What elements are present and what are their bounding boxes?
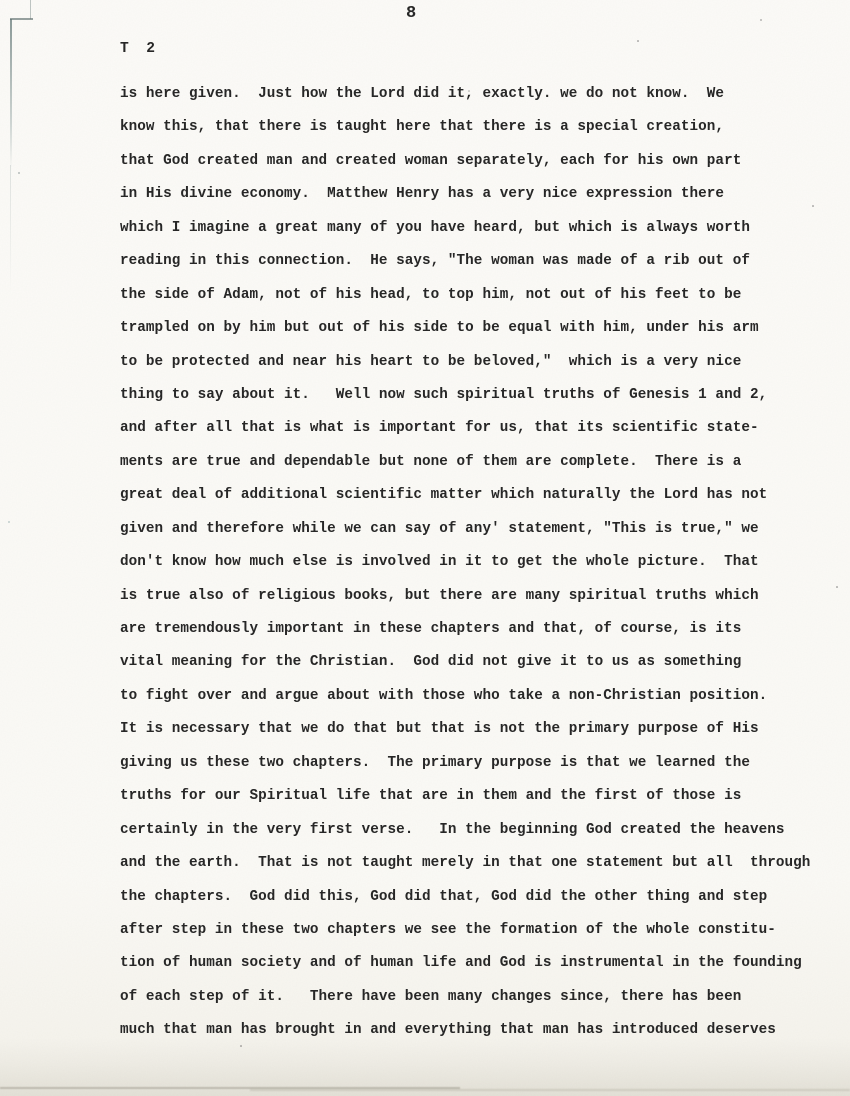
typed-line: vital meaning for the Christian. God did… — [120, 646, 836, 679]
scan-edge-line-top — [30, 0, 31, 19]
typed-line: is here given. Just how the Lord did it,… — [120, 78, 836, 111]
typed-line: that God created man and created woman s… — [120, 145, 836, 178]
scan-edge-line-faint — [10, 165, 11, 295]
typed-line: certainly in the very first verse. In th… — [120, 814, 836, 847]
typed-line: and the earth. That is not taught merely… — [120, 847, 836, 880]
typed-line: the chapters. God did this, God did that… — [120, 881, 836, 914]
ink-speck — [836, 586, 838, 588]
typed-line: given and therefore while we can say of … — [120, 513, 836, 546]
typed-line: don't know how much else is involved in … — [120, 546, 836, 579]
typed-line: to be protected and near his heart to be… — [120, 346, 836, 379]
typed-line: the side of Adam, not of his head, to to… — [120, 279, 836, 312]
typed-line: trampled on by him but out of his side t… — [120, 312, 836, 345]
typed-line: are tremendously important in these chap… — [120, 613, 836, 646]
page-number: 8 — [406, 4, 416, 23]
scan-edge-line — [10, 19, 12, 169]
ink-speck — [8, 521, 10, 523]
ink-speck — [637, 40, 639, 42]
typed-line: ments are true and dependable but none o… — [120, 446, 836, 479]
ink-speck — [812, 205, 814, 207]
typed-line: thing to say about it. Well now such spi… — [120, 379, 836, 412]
typed-body: is here given. Just how the Lord did it,… — [120, 78, 836, 1048]
ink-speck — [468, 90, 470, 92]
ink-speck — [240, 1045, 242, 1047]
typed-line: giving us these two chapters. The primar… — [120, 747, 836, 780]
typed-line: know this, that there is taught here tha… — [120, 111, 836, 144]
scan-bottom-streak-2 — [250, 1089, 850, 1091]
typed-line: after step in these two chapters we see … — [120, 914, 836, 947]
typed-line: truths for our Spiritual life that are i… — [120, 780, 836, 813]
typed-line: and after all that is what is important … — [120, 412, 836, 445]
typed-line: which I imagine a great many of you have… — [120, 212, 836, 245]
typed-line: is true also of religious books, but the… — [120, 580, 836, 613]
typed-line: of each step of it. There have been many… — [120, 981, 836, 1014]
typed-line: to fight over and argue about with those… — [120, 680, 836, 713]
typed-line: It is necessary that we do that but that… — [120, 713, 836, 746]
typist-header: T 2 — [120, 41, 155, 57]
typed-line: tion of human society and of human life … — [120, 947, 836, 980]
typed-line: reading in this connection. He says, "Th… — [120, 245, 836, 278]
scanned-document-page: 8 T 2 is here given. Just how the Lord d… — [0, 0, 850, 1096]
ink-speck — [760, 19, 762, 21]
typed-line: in His divine economy. Matthew Henry has… — [120, 178, 836, 211]
ink-speck — [18, 172, 20, 174]
scan-edge-notch — [10, 18, 33, 20]
typed-line: great deal of additional scientific matt… — [120, 479, 836, 512]
